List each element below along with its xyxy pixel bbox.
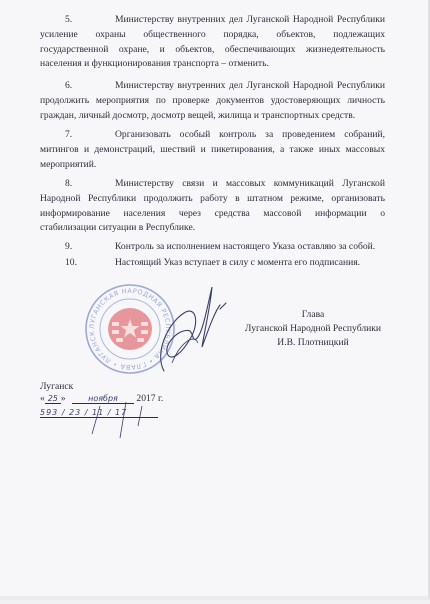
item-text-line: Министерству внутренних дел Луганской На… <box>115 14 385 25</box>
item-text-line: Организовать особый контроль за проведен… <box>115 129 385 140</box>
item-text-line: информирование населения через средства … <box>40 207 385 222</box>
place-of-issue: Луганск <box>40 380 73 394</box>
item-text-line: государственной охране, и объектов, обес… <box>40 43 385 58</box>
item-number: 6. <box>40 79 115 94</box>
signatory-block: Глава Луганской Народной Республики И.В.… <box>233 308 393 350</box>
item-text-line: Контроль за исполнением настоящего Указа… <box>115 241 375 252</box>
item-text-line: Народной Республики продолжить работу в … <box>40 192 385 207</box>
item-text-line: стабилизации ситуации в Республике. <box>40 221 385 236</box>
item-number: 7. <box>40 128 115 143</box>
item-7: 7.Организовать особый контроль за провед… <box>40 128 385 172</box>
signatory-name: И.В. Плотницкий <box>233 336 393 350</box>
item-text-line: усиление охраны общественного порядка, о… <box>40 28 385 43</box>
item-text-line: Министерству связи и массовых коммуникац… <box>115 178 385 189</box>
signature-icon <box>150 283 240 378</box>
item-number: 9. <box>40 240 115 255</box>
item-8: 8.Министерству связи и массовых коммуник… <box>40 177 385 236</box>
item-text-line: Министерству внутренних дел Луганской На… <box>115 80 385 91</box>
item-9: 9.Контроль за исполнением настоящего Ука… <box>40 240 385 255</box>
signatory-title: Глава <box>233 308 393 322</box>
item-5: 5.Министерству внутренних дел Луганской … <box>40 13 385 72</box>
item-text-line: граждан, личный досмотр, досмотр вещей, … <box>40 109 385 124</box>
item-number: 10. <box>40 256 115 271</box>
handwritten-signature <box>150 283 240 383</box>
document-page: 5.Министерству внутренних дел Луганской … <box>0 0 430 600</box>
item-10: 10.Настоящий Указ вступает в силу с моме… <box>40 256 385 271</box>
signatory-organization: Луганской Народной Республики <box>233 322 393 336</box>
item-text-line: мероприятий. <box>40 158 385 173</box>
item-6: 6.Министерству внутренних дел Луганской … <box>40 79 385 123</box>
item-number: 8. <box>40 177 115 192</box>
registration-strokes-icon <box>80 396 160 441</box>
item-text-line: Настоящий Указ вступает в силу с момента… <box>115 257 360 268</box>
date-day: 25 <box>45 394 61 404</box>
item-text-line: населения и функционирования транспорта … <box>40 57 385 72</box>
item-text-line: продолжить мероприятия по проверке докум… <box>40 94 385 109</box>
item-number: 5. <box>40 13 115 28</box>
item-text-line: митингов и демонстраций, шествий и пикет… <box>40 143 385 158</box>
